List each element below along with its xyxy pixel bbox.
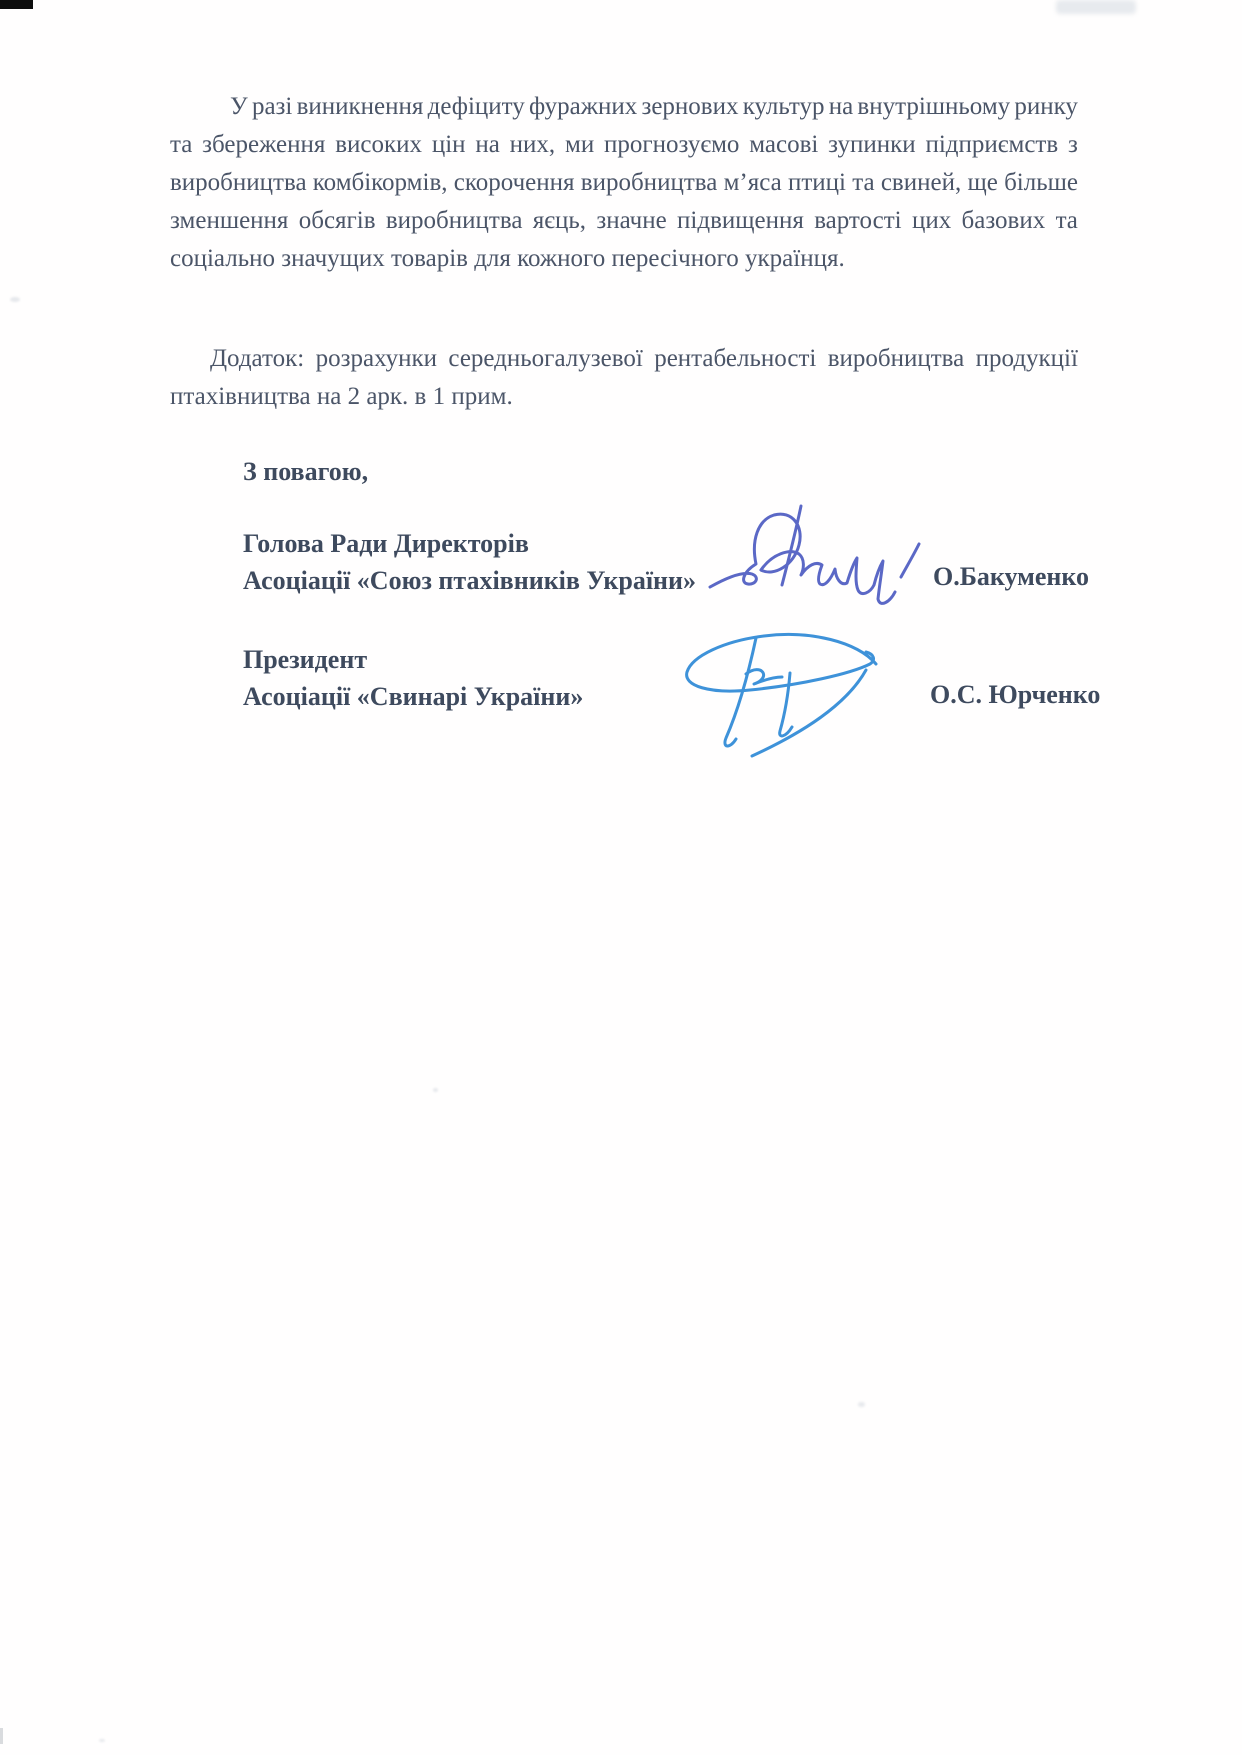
scan-fleck xyxy=(433,1088,438,1092)
paragraph-line: тазбереженнявисокихціннаних,мипрогнозуєм… xyxy=(170,126,1078,164)
paragraph-line: соціально значущих товарів для кожного п… xyxy=(170,240,1078,278)
yurchenko-signature xyxy=(668,620,888,765)
paragraph-line: Уразівиникненнядефіцитуфуражнихзерновихк… xyxy=(170,88,1078,126)
scan-smudge xyxy=(1056,0,1136,14)
signatory2-title: Президент xyxy=(243,644,367,676)
scan-fleck xyxy=(10,297,20,302)
paragraph-attachment: Додаток:розрахункисередньогалузевоїрента… xyxy=(170,340,1078,416)
scan-corner-mark xyxy=(0,0,33,9)
scan-fleck xyxy=(858,1402,865,1407)
signatory1-org: Асоціації «Союз птахівників України» xyxy=(243,565,696,597)
paragraph-forecast: Уразівиникненнядефіцитуфуражнихзерновихк… xyxy=(170,88,1078,278)
scan-fleck xyxy=(99,1739,105,1742)
signatory1-title: Голова Ради Директорів xyxy=(243,528,529,560)
paragraph-line: виробництвакомбікормів,скороченнявиробни… xyxy=(170,164,1078,202)
paragraph-line: Додаток:розрахункисередньогалузевоїрента… xyxy=(170,340,1078,378)
signatory2-name: О.С. Юрченко xyxy=(930,680,1100,710)
bakumenko-signature xyxy=(698,488,938,623)
signatory1-name: О.Бакуменко xyxy=(933,562,1089,592)
paragraph-line: птахівництва на 2 арк. в 1 прим. xyxy=(170,378,1078,416)
scanned-letter-page: Уразівиникненнядефіцитуфуражнихзерновихк… xyxy=(0,0,1242,1755)
signatory2-org: Асоціації «Свинарі України» xyxy=(243,681,583,713)
paragraph-line: зменшенняобсягіввиробництваяєць,значнепі… xyxy=(170,202,1078,240)
closing-salutation: З повагою, xyxy=(243,457,368,487)
scan-edge-tick xyxy=(0,1728,3,1744)
